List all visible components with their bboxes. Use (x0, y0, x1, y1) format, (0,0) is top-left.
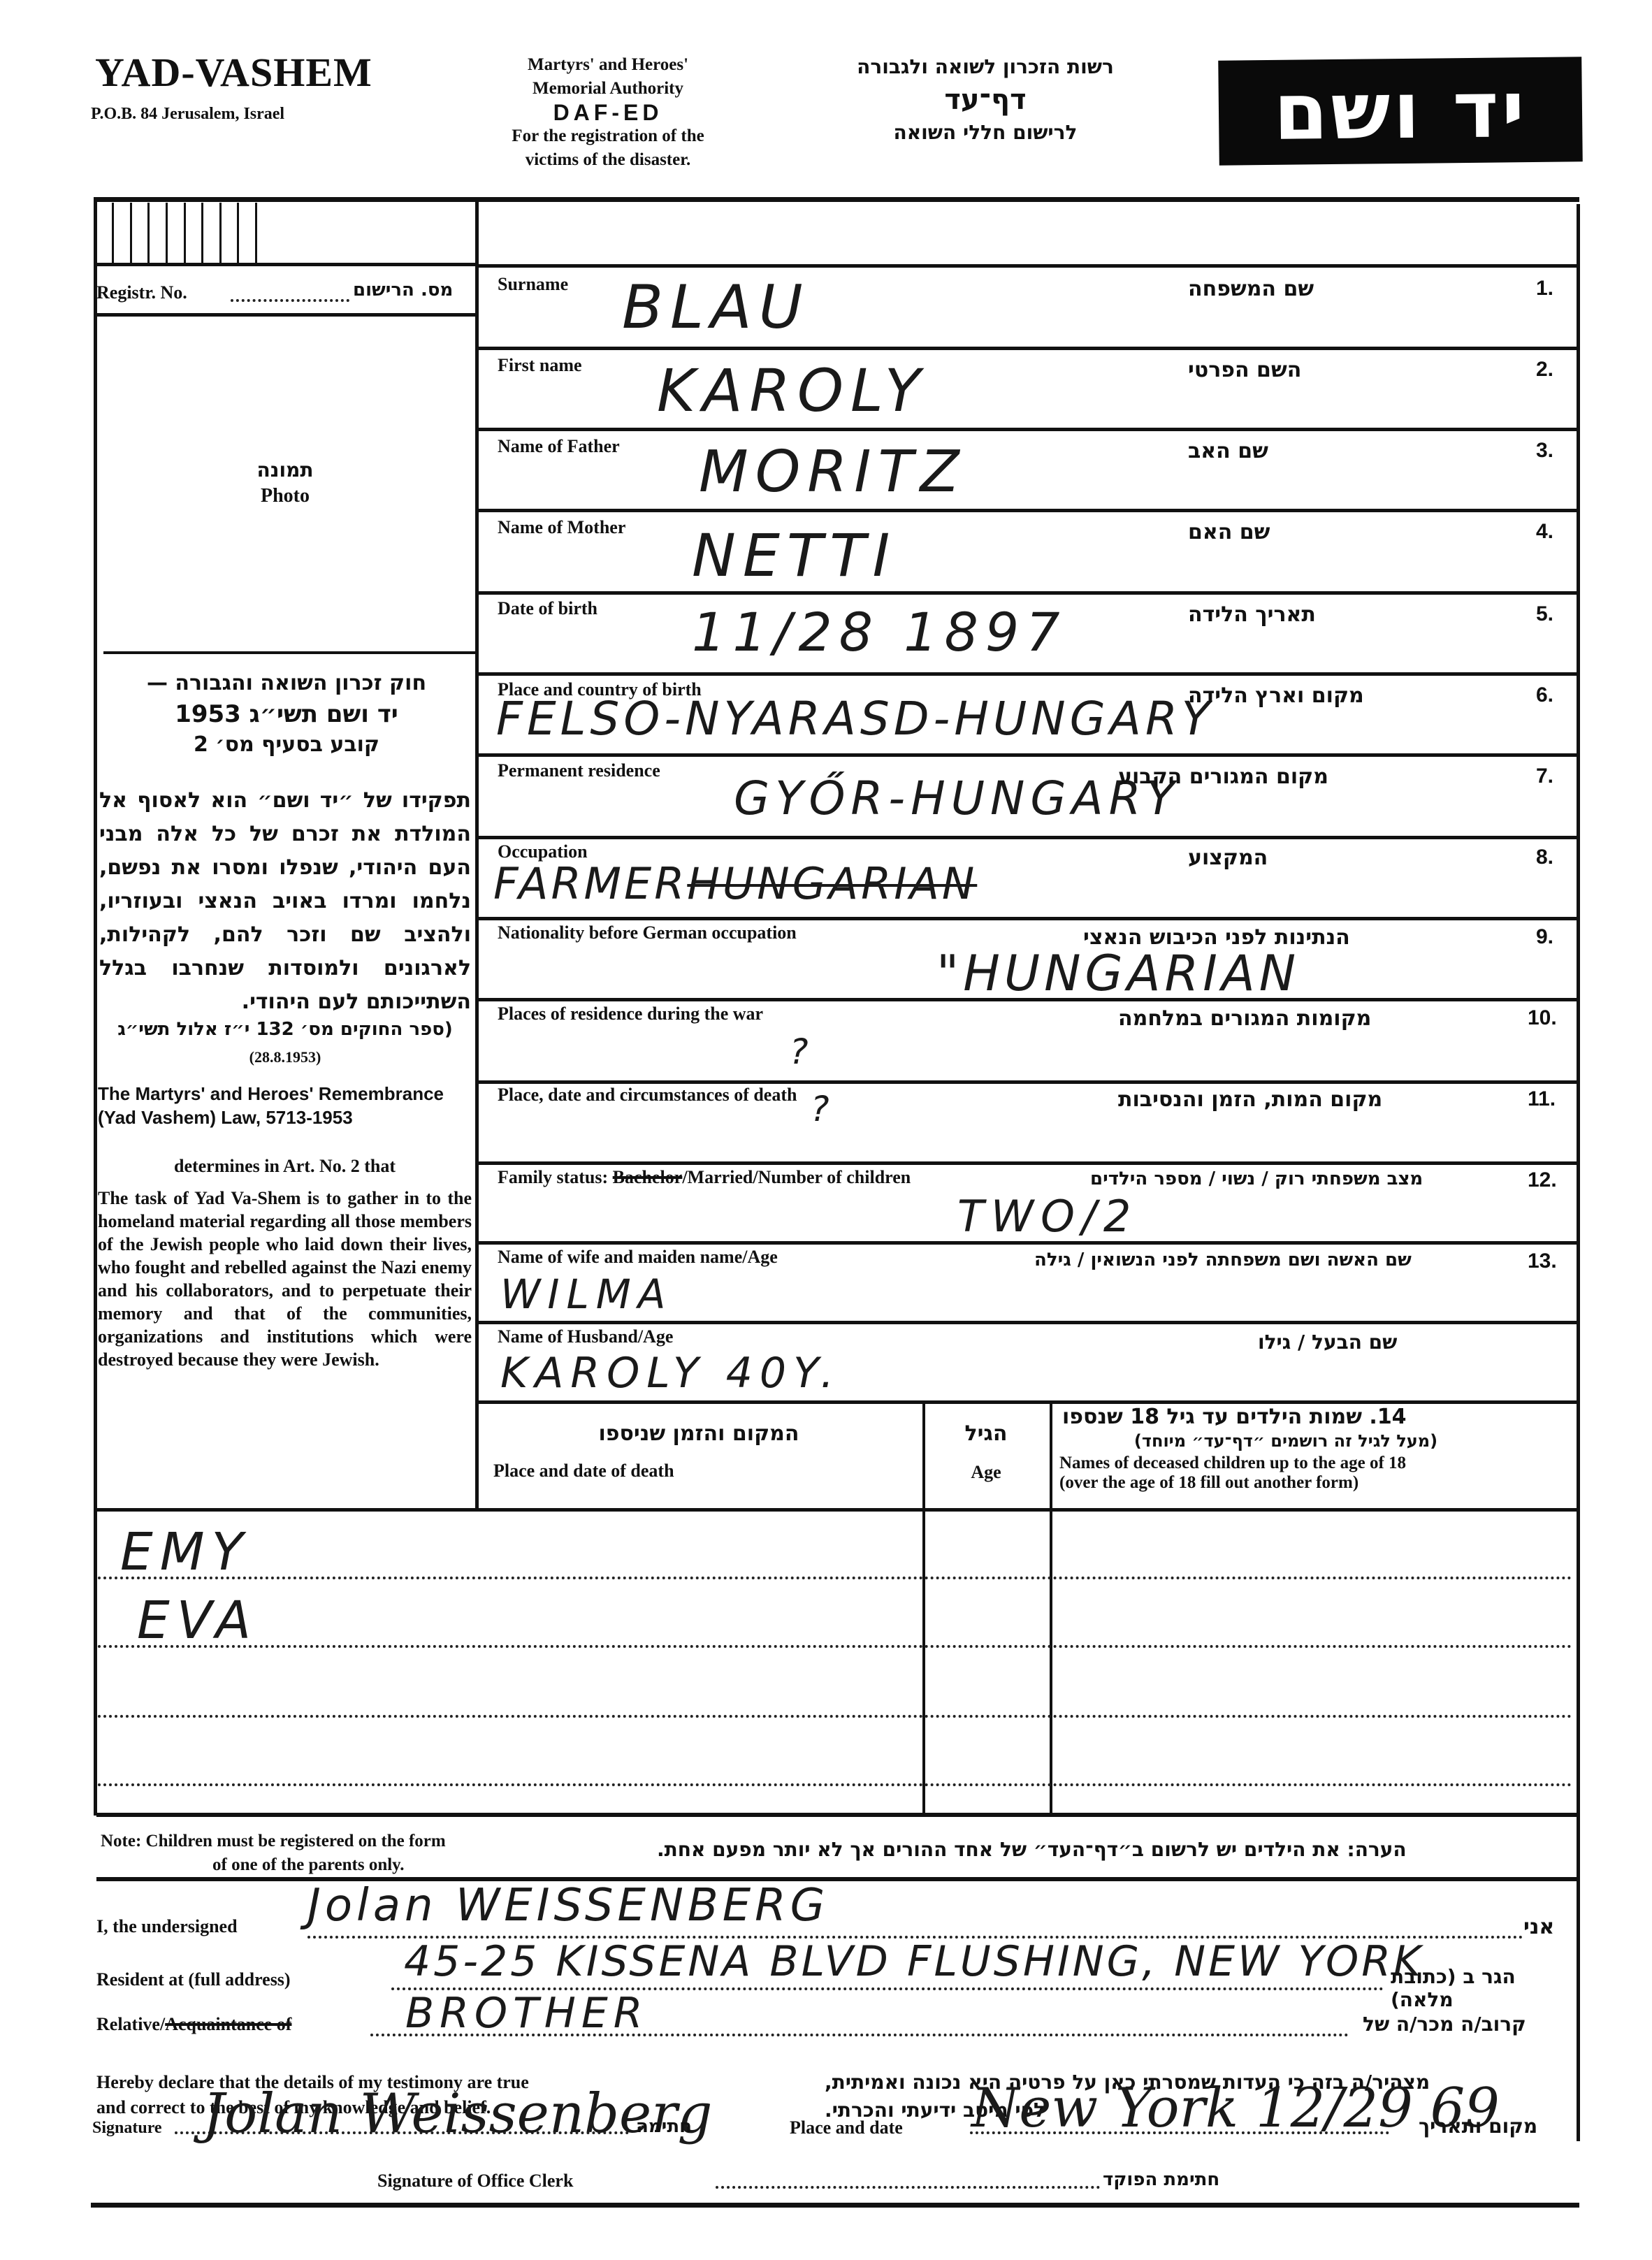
husband-name-label: Name of Husband/Age (498, 1326, 673, 1347)
photo-label-he: תמונה (98, 458, 472, 481)
mother-name-value[interactable]: NETTI (692, 521, 897, 590)
authority-line1: Martyrs' and Heroes' (433, 53, 783, 77)
family-status-label: Family status: Bachelor/Married/Number o… (498, 1167, 911, 1188)
authority-line2: Memorial Authority (433, 77, 783, 101)
law-body-en: The task of Yad Va-Shem is to gather in … (98, 1187, 472, 1371)
table-row[interactable] (98, 1577, 1572, 1579)
undersigned-label-he: אני (1523, 1915, 1572, 1939)
field-num: 2. (1536, 358, 1553, 382)
org-address: P.O.B. 84 Jerusalem, Israel (91, 105, 284, 124)
law-ref-he: (ספר החוקים מס׳ 132 י״ז אלול תשי״ג (99, 1019, 471, 1040)
place-date-label-he: מקום ותאריך (1419, 2115, 1572, 2138)
purpose-line2: victims of the disaster. (433, 148, 783, 172)
signature-label-he: חתימה (636, 2116, 720, 2137)
purpose-line1: For the registration of the (433, 124, 783, 148)
place-date-label: Place and date (790, 2117, 903, 2138)
residence-value[interactable]: GYŐR-HUNGARY (734, 772, 1180, 825)
field-num: 12. (1528, 1168, 1557, 1192)
relative-value[interactable]: BROTHER (405, 1989, 648, 2038)
purpose-he: לרישום חללי השואה (804, 119, 1167, 147)
relative-label-text: Relative/ (96, 2014, 165, 2034)
authority-block-en: Martyrs' and Heroes' Memorial Authority … (433, 53, 783, 172)
org-title: YAD-VASHEM (95, 49, 372, 96)
registr-no-label: Registr. No. (96, 282, 187, 303)
form-name-en: DAF-ED (433, 101, 783, 124)
table-row[interactable] (98, 1645, 1572, 1648)
husband-name-value[interactable]: KAROLY 40Y. (500, 1349, 841, 1398)
field-num: 5. (1536, 602, 1553, 626)
relative-label-struck: Acquaintance of (165, 2014, 291, 2034)
occupation-label-he: המקצוע (1188, 846, 1523, 870)
law-title-he-line3: קובע בסעיף מס׳ 2 (105, 730, 468, 760)
death-details-label: Place, date and circumstances of death (498, 1085, 797, 1106)
resident-label: Resident at (full address) (96, 1969, 291, 1990)
logo-text: יד ושם (1273, 64, 1528, 158)
form-right-border (1577, 204, 1580, 2141)
authority-he: רשות הזכרון לשואה ולגבורה (804, 53, 1167, 81)
relative-label-he: קרוב/ה מכר/ה של (1363, 2013, 1572, 2036)
field-num: 9. (1536, 925, 1553, 949)
registr-no-field[interactable] (231, 299, 349, 302)
children-col-age-he: הגיל (927, 1421, 1045, 1446)
date-of-birth-label: Date of birth (498, 598, 597, 619)
war-residence-label-he: מקומות המגורים במלחמה (1118, 1006, 1523, 1031)
form-bottom-border (91, 2203, 1579, 2208)
field-num: 6. (1536, 683, 1553, 707)
table-row[interactable] (98, 1715, 1572, 1718)
undersigned-value[interactable]: Jolan WEISSENBERG (307, 1880, 829, 1932)
husband-name-label-he: שם הבעל / גילו (1258, 1331, 1509, 1354)
note-en-line1: Note: Children must be registered on the… (101, 1830, 632, 1853)
table-header-divider (96, 1508, 1578, 1512)
field-num: 10. (1528, 1006, 1557, 1030)
family-status-struck: Bachelor (613, 1167, 683, 1187)
date-of-birth-label-he: תאריך הלידה (1188, 602, 1523, 627)
nationality-value[interactable]: "HUNGARIAN (936, 945, 1300, 1002)
resident-label-he: הגר ב (כתובת מלאה) (1391, 1965, 1572, 2011)
child-note-1[interactable]: EMY (120, 1522, 250, 1582)
death-details-value[interactable]: ? (811, 1089, 836, 1129)
child-note-2[interactable]: EVA (137, 1591, 258, 1651)
father-name-value[interactable]: MORITZ (699, 439, 966, 505)
clerk-signature-label: Signature of Office Clerk (377, 2171, 573, 2192)
death-details-label-he: מקום המות, הזמן והנסיבות (1118, 1087, 1523, 1112)
war-residence-value[interactable]: ? (790, 1031, 816, 1072)
registr-no-label-he: מס. הרישום (353, 280, 472, 300)
resident-value[interactable]: 45-25 KISSENA BLVD FLUSHING, NEW YORK (404, 1937, 1423, 1986)
father-name-label: Name of Father (498, 436, 620, 457)
law-body-he: תפקידו של ״יד ושם״ הוא לאסוף אל המולדת א… (99, 784, 471, 1019)
family-status-prefix: Family status: (498, 1167, 613, 1187)
surname-label-he: שם המשפחה (1188, 277, 1523, 301)
photo-area: תמונה Photo (98, 316, 472, 650)
field-num: 13. (1528, 1249, 1557, 1273)
field-num: 11. (1528, 1087, 1556, 1111)
field-num: 7. (1536, 765, 1553, 788)
birth-place-label-he: מקום וארץ הלידה (1188, 683, 1523, 708)
wife-name-label-he: שם האשה ושם משפחתה לפני הנשואין / גילה (1034, 1249, 1523, 1270)
children-col-names-en: Names of deceased children up to the age… (1059, 1454, 1577, 1493)
yad-vashem-logo: יד ושם (1218, 57, 1583, 165)
wife-name-label: Name of wife and maiden name/Age (498, 1247, 778, 1268)
form-left-border (94, 197, 97, 1816)
undersigned-label: I, the undersigned (96, 1916, 238, 1937)
field-num: 1. (1536, 277, 1553, 300)
form-name-he: דף־עד (804, 81, 1167, 119)
mother-name-label-he: שם האם (1188, 520, 1523, 544)
law-title-he-line2: יד ושם תשי״ג 1953 (105, 699, 468, 730)
children-col-place-en: Place and date of death (493, 1461, 674, 1482)
clerk-signature-line[interactable] (716, 2186, 1100, 2189)
note-en-line2: of one of the parents only. (101, 1853, 632, 1877)
divider (103, 651, 475, 654)
table-bottom-border (96, 1813, 1578, 1817)
mother-name-label: Name of Mother (498, 517, 625, 538)
surname-label: Surname (498, 274, 568, 295)
children-col-age-en: Age (927, 1462, 1045, 1483)
children-col-names-he-text: שמות הילדים עד גיל 18 שנספו (1062, 1405, 1362, 1429)
law-title-he-line1: חוק זכרון השואה והגבורה — (105, 668, 468, 699)
children-col-names-he-note: (מעל לגיל זה רושמים ״דף־עד״ מיוחד) (1062, 1431, 1509, 1451)
field-num: 3. (1536, 439, 1553, 463)
residence-label-he: מקום המגורים הקבוע (1118, 765, 1523, 789)
field-num: 4. (1536, 520, 1553, 544)
family-status-rest: /Married/Number of children (682, 1167, 911, 1187)
photo-label-en: Photo (98, 485, 472, 507)
first-name-label: First name (498, 355, 582, 376)
table-col-divider (922, 1403, 925, 1816)
note-en: Note: Children must be registered on the… (101, 1830, 632, 1877)
relative-label: Relative/Acquaintance of (96, 2014, 291, 2035)
wife-name-value[interactable]: WILMA (500, 1270, 673, 1318)
clerk-signature-label-he: חתימת הפוקד (1103, 2169, 1263, 2190)
children-col-names-he: 14. שמות הילדים עד גיל 18 שנספו (1062, 1405, 1565, 1429)
form-center-divider (475, 197, 479, 1511)
children-col-place-he: המקום והזמן שניספו (482, 1421, 915, 1446)
family-status-label-he: מצב משפחתי רוק / נשוי / מספר הילדים (1090, 1168, 1523, 1189)
first-name-label-he: השם הפרטי (1188, 358, 1523, 382)
law-title-en: The Martyrs' and Heroes' Remembrance (Ya… (98, 1082, 472, 1129)
field-num: 8. (1536, 846, 1553, 869)
residence-label: Permanent residence (498, 760, 660, 781)
nationality-label-he: הנתינות לפני הכיבוש הנאצי (1083, 925, 1523, 950)
father-name-label-he: שם האב (1188, 439, 1523, 463)
field-num: 14. (1369, 1405, 1406, 1429)
authority-block-he: רשות הזכרון לשואה ולגבורה דף־עד לרישום ח… (804, 53, 1167, 147)
nationality-label: Nationality before German occupation (498, 922, 797, 943)
date-of-birth-value[interactable]: 11/28 1897 (692, 601, 1067, 663)
table-row[interactable] (98, 1783, 1572, 1786)
surname-value[interactable]: BLAU (622, 273, 810, 342)
law-determines-en: determines in Art. No. 2 that (98, 1156, 472, 1177)
first-name-value[interactable]: KAROLY (657, 356, 927, 425)
children-col-names-en-text: Names of deceased children up to the age… (1059, 1454, 1577, 1473)
law-title-he: חוק זכרון השואה והגבורה — יד ושם תשי״ג 1… (105, 668, 468, 760)
occupation-value[interactable]: FARMERHUNGARIAN (493, 858, 977, 909)
birth-place-value[interactable]: FELSO-NYARASD-HUNGARY (496, 692, 1214, 746)
note-he: הערה: את הילדים יש לרשום ב״דף־העד״ של אח… (657, 1838, 1565, 1861)
signature-label: Signature (92, 2119, 162, 2138)
divider (96, 263, 475, 266)
family-status-value[interactable]: TWO/2 (957, 1191, 1138, 1242)
occupation-struck-value: HUNGARIAN (687, 858, 977, 909)
table-col-divider (1050, 1403, 1052, 1816)
children-col-names-en-note: (over the age of 18 fill out another for… (1059, 1473, 1577, 1493)
occupation-value-text: FARMER (493, 858, 687, 909)
form-top-border (94, 197, 1579, 202)
war-residence-label: Places of residence during the war (498, 1004, 763, 1024)
law-ref-date: (28.8.1953) (99, 1048, 471, 1066)
